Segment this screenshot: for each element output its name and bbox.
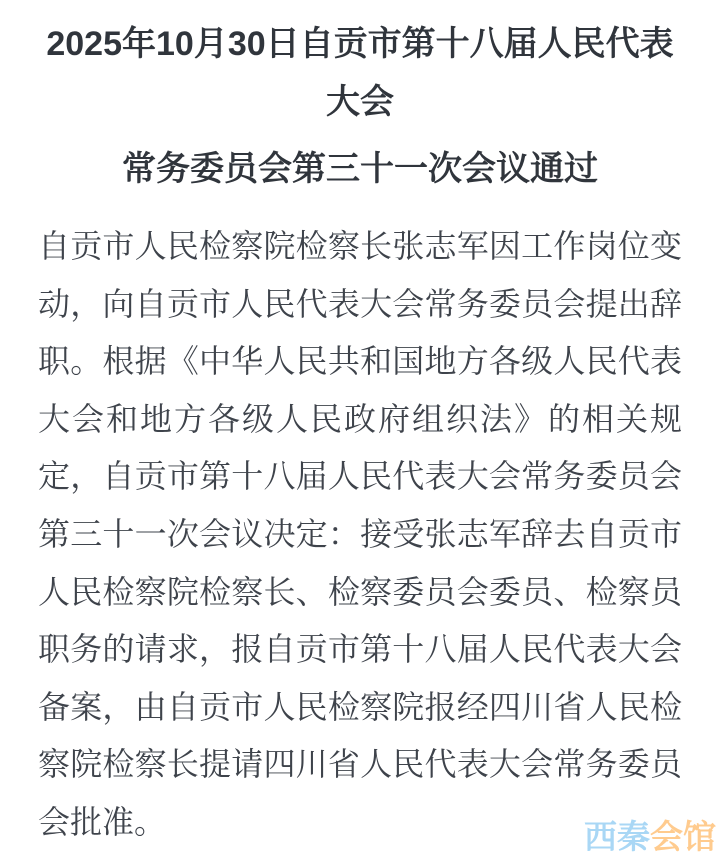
article-subtitle: 常务委员会第三十一次会议通过 (38, 140, 682, 198)
article-title: 2025年10月30日自贡市第十八届人民代表大会 (38, 15, 682, 131)
article-body: 自贡市人民检察院检察长张志军因工作岗位变动，向自贡市人民代表大会常务委员会提出辞… (38, 218, 682, 852)
article: 2025年10月30日自贡市第十八届人民代表大会 常务委员会第三十一次会议通过 … (0, 0, 720, 852)
